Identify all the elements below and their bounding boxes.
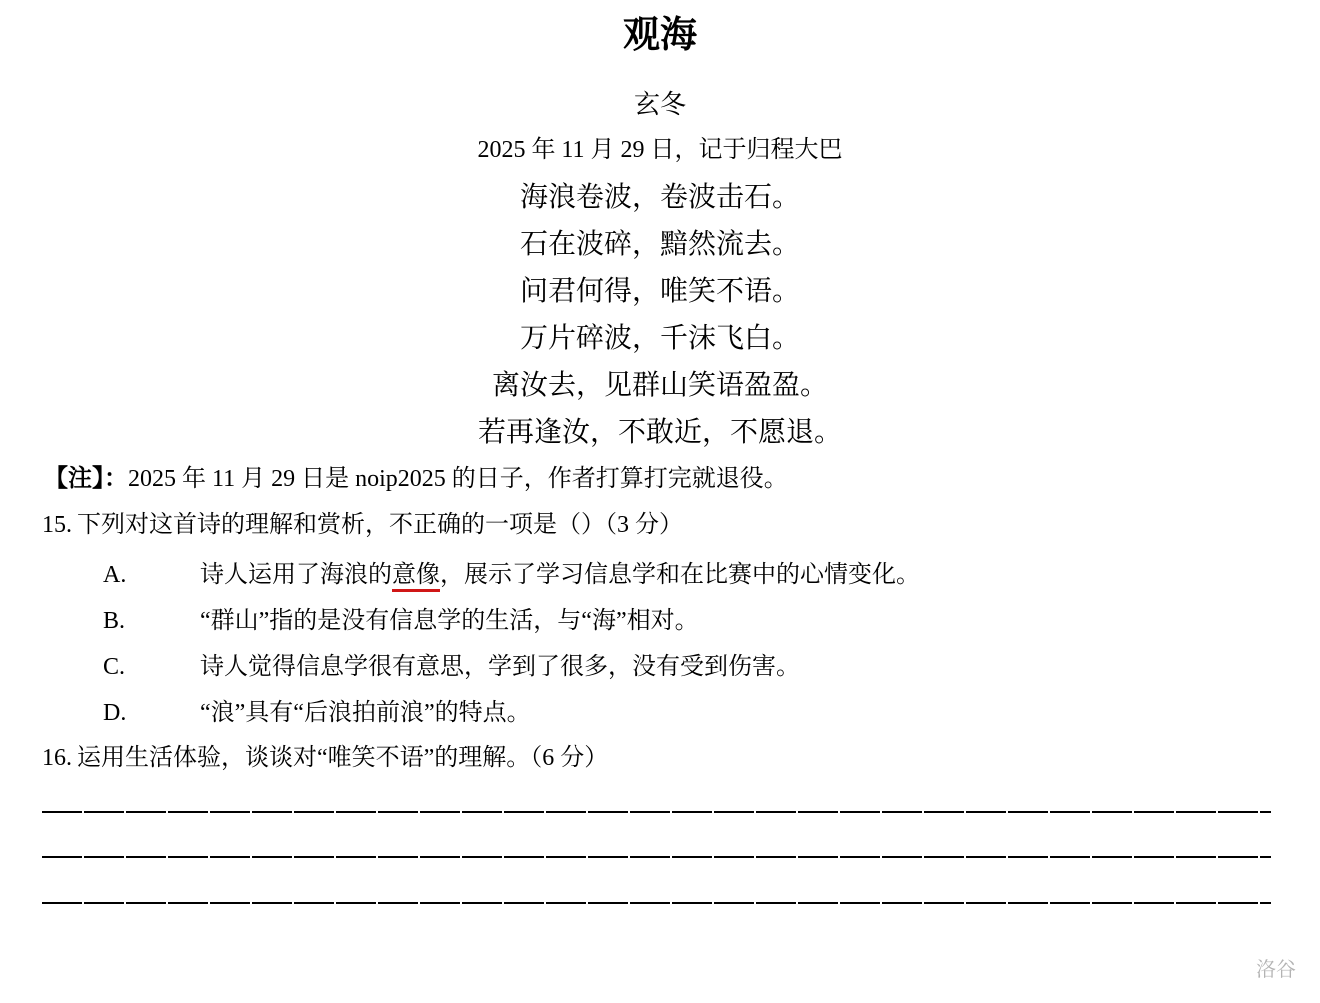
answer-line: [42, 856, 1271, 858]
poem-line: 若再逢汝，不敢近，不愿退。: [0, 409, 1320, 456]
question-15-number: 15.: [42, 509, 72, 542]
option-a-text: 诗人运用了海浪的意像，展示了学习信息学和在比赛中的心情变化。: [200, 562, 920, 592]
option-a-text-post: ，展示了学习信息学和在比赛中的心情变化。: [440, 562, 920, 588]
watermark-luogu: 洛谷: [1256, 953, 1296, 982]
option-c-letter: C.: [103, 644, 200, 690]
note-label: 【注】：: [44, 466, 128, 492]
question-15: 15.下列对这首诗的理解和赏析，不正确的一项是（）（3 分）: [0, 509, 1320, 542]
poem-line: 问君何得，唯笑不语。: [0, 268, 1320, 315]
option-d-text: “浪”具有“后浪拍前浪”的特点。: [200, 700, 531, 726]
option-c: C.诗人觉得信息学很有意思，学到了很多，没有受到伤害。: [0, 644, 1320, 690]
red-underlined-term: 意像: [392, 562, 440, 592]
option-b-letter: B.: [103, 598, 200, 644]
option-d-letter: D.: [103, 690, 200, 736]
option-b-text: “群山”指的是没有信息学的生活，与“海”相对。: [200, 608, 699, 634]
option-a-letter: A.: [103, 552, 200, 598]
poem-line: 石在波碎，黯然流去。: [0, 221, 1320, 268]
question-16: 16.运用生活体验，谈谈对“唯笑不语”的理解。（6 分）: [0, 742, 1320, 775]
exam-page: 观海 玄冬 2025 年 11 月 29 日，记于归程大巴 海浪卷波，卷波击石。…: [0, 0, 1320, 1003]
poem-body: 海浪卷波，卷波击石。 石在波碎，黯然流去。 问君何得，唯笑不语。 万片碎波，千沫…: [0, 174, 1320, 456]
poem-line: 万片碎波，千沫飞白。: [0, 315, 1320, 362]
question-16-number: 16.: [42, 742, 72, 775]
note-text: 2025 年 11 月 29 日是 noip2025 的日子，作者打算打完就退役…: [128, 466, 788, 492]
poem-line: 海浪卷波，卷波击石。: [0, 174, 1320, 221]
note-line: 【注】：2025 年 11 月 29 日是 noip2025 的日子，作者打算打…: [0, 463, 1320, 496]
option-a: A.诗人运用了海浪的意像，展示了学习信息学和在比赛中的心情变化。: [0, 552, 1320, 598]
poem-line: 离汝去，见群山笑语盈盈。: [0, 362, 1320, 409]
poem-dateline: 2025 年 11 月 29 日，记于归程大巴: [0, 135, 1320, 165]
question-16-text: 运用生活体验，谈谈对“唯笑不语”的理解。（6 分）: [77, 745, 608, 771]
option-c-text: 诗人觉得信息学很有意思，学到了很多，没有受到伤害。: [200, 654, 800, 680]
poem-title: 观海: [0, 0, 1320, 58]
option-d: D.“浪”具有“后浪拍前浪”的特点。: [0, 690, 1320, 736]
poem-author: 玄冬: [0, 90, 1320, 120]
question-15-options: A.诗人运用了海浪的意像，展示了学习信息学和在比赛中的心情变化。 B.“群山”指…: [0, 552, 1320, 736]
answer-line: [42, 902, 1271, 904]
answer-line: [42, 811, 1271, 813]
option-b: B.“群山”指的是没有信息学的生活，与“海”相对。: [0, 598, 1320, 644]
question-15-text: 下列对这首诗的理解和赏析，不正确的一项是（）（3 分）: [77, 512, 683, 538]
option-a-text-pre: 诗人运用了海浪的: [200, 562, 392, 588]
